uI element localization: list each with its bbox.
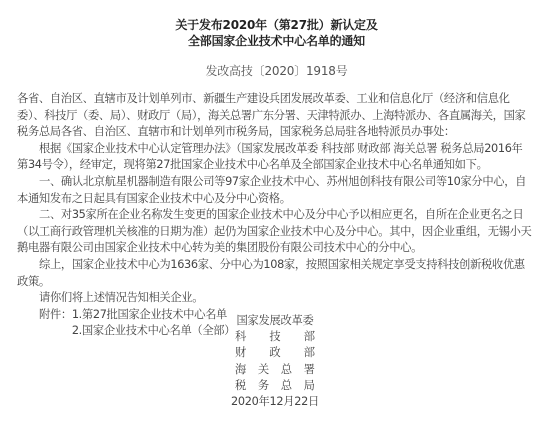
- signatory-char: 科: [235, 329, 246, 345]
- notice-body: 各省、自治区、直辖市及计划单列市、新疆生产建设兵团发展改革委、工业和信息化厅（经…: [17, 91, 533, 340]
- signatory-char: 税: [235, 378, 246, 394]
- attachment-item[interactable]: 1.第27批国家企业技术中心名单: [72, 307, 235, 324]
- signatory-char: 财: [235, 345, 246, 361]
- paragraph-item-two: 二、对35家所在企业名称发生变更的国家企业技术中心及分中心予以相应更名，自所在企…: [17, 207, 533, 257]
- signatory-tax: 税 务 总 局: [235, 378, 315, 394]
- signatory-mof: 财 政 部: [235, 345, 315, 361]
- signatory-char: 署: [304, 362, 315, 378]
- notice-title-line2: 全部国家企业技术中心名单的通知: [0, 32, 553, 49]
- addressee: 各省、自治区、直辖市及计划单列市、新疆生产建设兵团发展改革委、工业和信息化厅（经…: [17, 91, 533, 141]
- signature-block: 国家发展改革委 科 技 部 财 政 部 海 关 总 署 税 务 总 局 2020…: [235, 313, 315, 410]
- signatory-ndrc: 国家发展改革委: [235, 313, 315, 329]
- signatory-char: 政: [269, 345, 280, 361]
- attachment-item[interactable]: 2.国家企业技术中心名单（全部）: [72, 323, 235, 340]
- signatory-char: 局: [304, 378, 315, 394]
- issue-date: 2020年12月22日: [235, 394, 315, 410]
- paragraph-basis: 根据《国家企业技术中心认定管理办法》（国家发展改革委 科技部 财政部 海关总署 …: [17, 141, 533, 174]
- signatory-most: 科 技 部: [235, 329, 315, 345]
- signatory-char: 总: [281, 378, 292, 394]
- notice-title-line1: 关于发布2020年（第27批）新认定及: [0, 16, 553, 33]
- signatory-char: 海: [235, 362, 246, 378]
- paragraph-item-one: 一、确认北京航星机器制造有限公司等97家企业技术中心、苏州旭创科技有限公司等10…: [17, 174, 533, 207]
- signatory-char: 关: [258, 362, 269, 378]
- signatory-char: 部: [304, 345, 315, 361]
- signatory-char: 总: [281, 362, 292, 378]
- signatory-char: 技: [269, 329, 280, 345]
- signatory-customs: 海 关 总 署: [235, 362, 315, 378]
- attachments-label: 附件：: [39, 307, 72, 340]
- paragraph-summary: 综上，国家企业技术中心为1636家、分中心为108家，按照国家相关规定享受支持科…: [17, 257, 533, 290]
- signatory-char: 部: [304, 329, 315, 345]
- attachment-list: 1.第27批国家企业技术中心名单 2.国家企业技术中心名单（全部）: [72, 307, 235, 340]
- document-number: 发改高技〔2020〕1918号: [0, 62, 553, 79]
- paragraph-request: 请你们将上述情况告知相关企业。: [17, 290, 533, 307]
- signatory-char: 务: [258, 378, 269, 394]
